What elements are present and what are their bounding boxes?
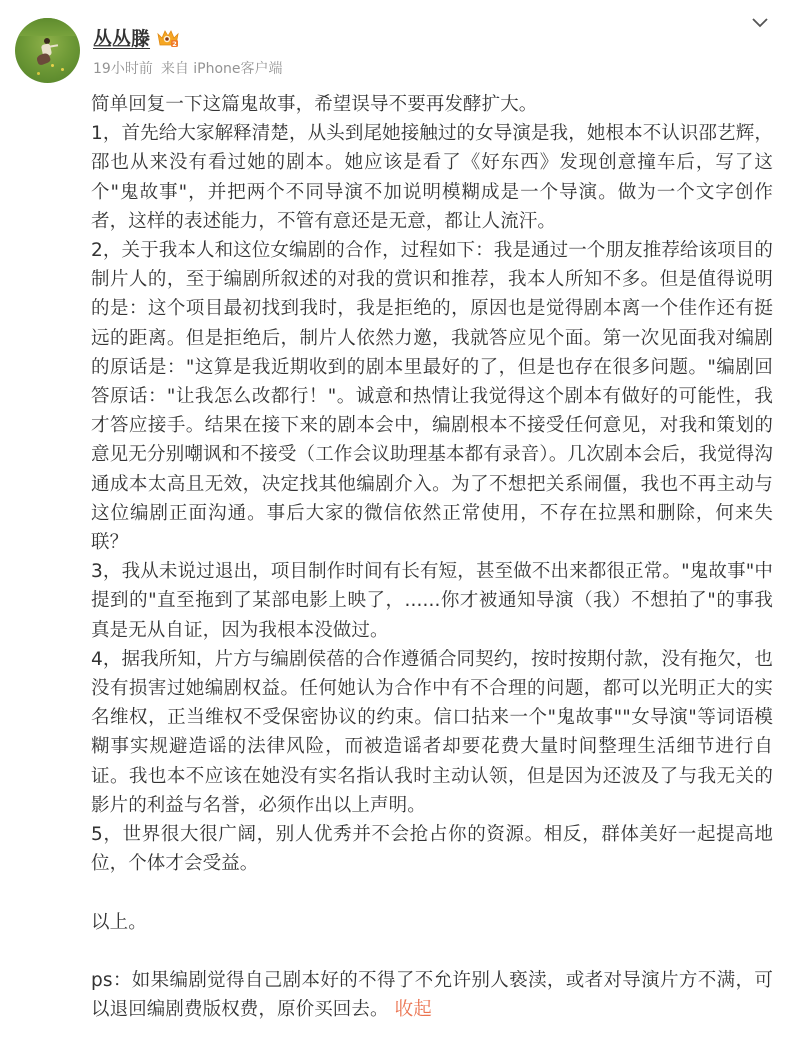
post-time[interactable]: 19小时前 xyxy=(93,58,153,78)
spacer xyxy=(91,937,773,966)
author-name[interactable]: 丛丛滕 xyxy=(93,24,150,51)
collapse-link[interactable]: 收起 xyxy=(395,999,432,1020)
paragraph-2: 2，关于我本人和这位女编剧的合作，过程如下：我是通过一个朋友推荐给该项目的制片人… xyxy=(91,236,773,557)
ps-text: ps：如果编剧觉得自己剧本好的不得了不允许别人亵渎，或者对导演片方不满，可以退回… xyxy=(91,970,773,1020)
post-body: 简单回复一下这篇鬼故事，希望误导不要再发酵扩大。 1，首先给大家解释清楚，从头到… xyxy=(91,90,773,1024)
post-source: 来自 iPhone客户端 xyxy=(161,58,283,78)
chevron-down-icon[interactable] xyxy=(748,14,772,32)
avatar-figure-skirt xyxy=(36,52,52,66)
avatar-background xyxy=(15,18,80,36)
svg-text:2: 2 xyxy=(172,40,177,48)
paragraph-closing: 以上。 xyxy=(91,908,773,937)
spacer xyxy=(91,878,773,907)
crown-badge-icon[interactable]: 2 xyxy=(156,28,180,48)
paragraph-5: 5，世界很大很广阔，别人优秀并不会抢占你的资源。相反，群体美好一起提高地位，个体… xyxy=(91,820,773,878)
post-header: 丛丛滕 2 19小时前 来自 iPhone客户端 xyxy=(0,0,786,88)
avatar-flowers xyxy=(51,64,54,67)
avatar-figure-arm xyxy=(49,44,58,48)
avatar[interactable] xyxy=(15,18,80,83)
paragraph-ps: ps：如果编剧觉得自己剧本好的不得了不允许别人亵渎，或者对导演片方不满，可以退回… xyxy=(91,966,773,1024)
author-row: 丛丛滕 2 xyxy=(93,24,180,51)
paragraph-3: 3，我从未说过退出，项目制作时间有长有短，甚至做不出来都很正常。"鬼故事"中提到… xyxy=(91,557,773,645)
paragraph-4: 4，据我所知，片方与编剧侯蓓的合作遵循合同契约，按时按期付款，没有拖欠，也没有损… xyxy=(91,645,773,820)
paragraph-1: 1，首先给大家解释清楚，从头到尾她接触过的女导演是我，她根本不认识邵艺辉，邵也从… xyxy=(91,119,773,236)
paragraph-intro: 简单回复一下这篇鬼故事，希望误导不要再发酵扩大。 xyxy=(91,90,773,119)
post-meta: 19小时前 来自 iPhone客户端 xyxy=(93,58,283,78)
